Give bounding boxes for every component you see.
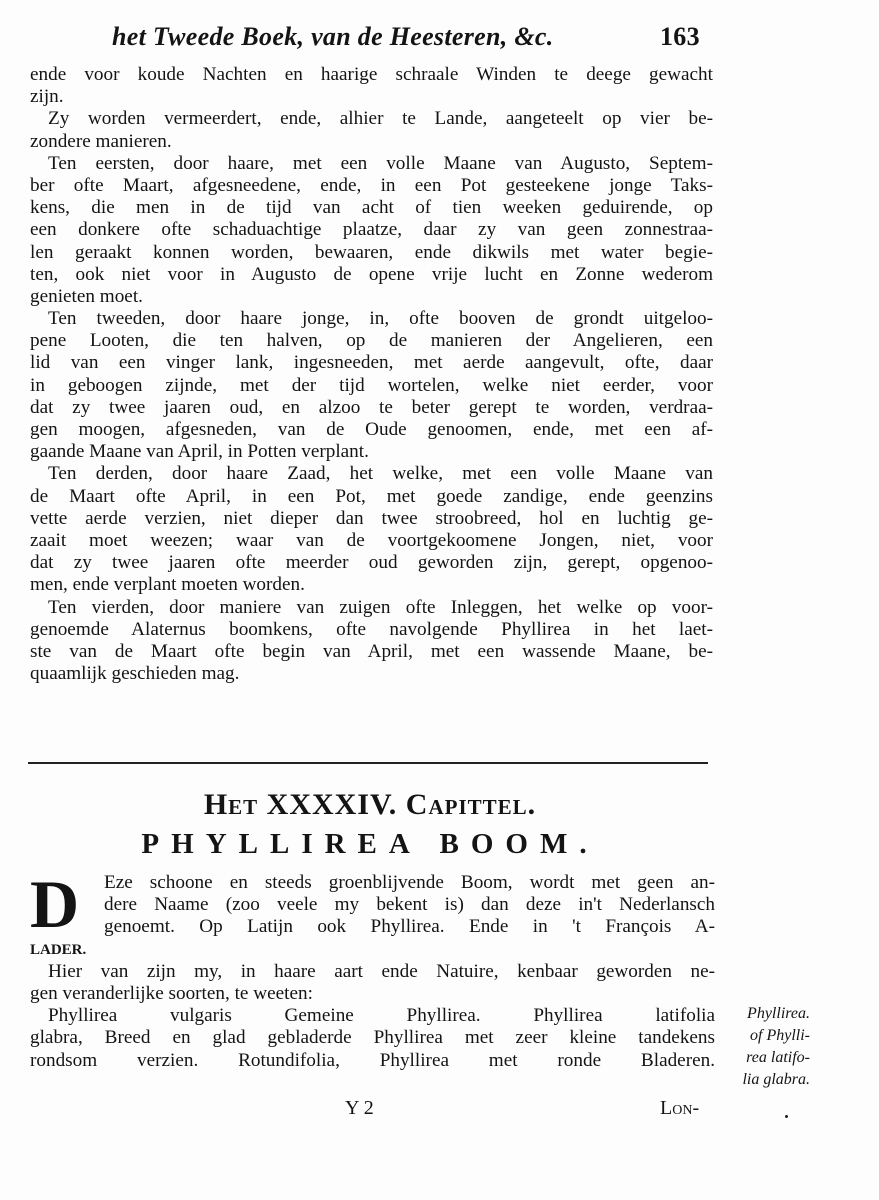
- text-line: men, ende verplant moeten worden.: [30, 574, 713, 596]
- running-title: het Tweede Boek, van de Heesteren, &c.: [112, 22, 554, 52]
- text-line: dat zy twee jaaren ofte meerder oud gewo…: [30, 552, 713, 574]
- species-line: glabra, Breed en glad gebladerde Phyllir…: [30, 1027, 715, 1049]
- text-line: ende voor koude Nachten en haarige schra…: [30, 64, 713, 86]
- text-line: pene Looten, die ten halven, op de manie…: [30, 330, 713, 352]
- paragraph-second-method: Ten tweeden, door haare jonge, in, ofte …: [30, 308, 713, 330]
- text-line: zondere manieren.: [30, 131, 713, 153]
- text-line: Eze schoone en steeds groenblijvende Boo…: [30, 872, 715, 894]
- margin-note: Phyllirea. of Phylli- rea latifo- lia gl…: [738, 1003, 810, 1091]
- paragraph-third-method: Ten derden, door haare Zaad, het welke, …: [30, 463, 713, 485]
- text-line: genoemt. Op Latijn ook Phyllirea. Ende i…: [30, 916, 715, 938]
- text-line: lid van een vinger lank, ingesneeden, me…: [30, 352, 713, 374]
- book-page: het Tweede Boek, van de Heesteren, &c. 1…: [0, 0, 879, 1200]
- chapter-heading: Het XXXXIV. Capittel.: [0, 788, 740, 822]
- text-line: len geraakt konnen worden, bewaaren, end…: [30, 242, 713, 264]
- species-line: Phyllirea vulgaris Gemeine Phyllirea. Ph…: [30, 1005, 715, 1027]
- text-line: ten, ook niet voor in Augusto de opene v…: [30, 264, 713, 286]
- margin-note-line: Phyllirea.: [738, 1003, 810, 1025]
- text-line: gen moogen, afgesneden, van de Oude geno…: [30, 419, 713, 441]
- paragraph-first-method: Ten eersten, door haare, met een volle M…: [30, 153, 713, 175]
- text-line: genieten moet.: [30, 286, 713, 308]
- text-line: gaande Maane van April, in Potten verpla…: [30, 441, 713, 463]
- text-line: gen veranderlijke soorten, te weeten:: [30, 983, 715, 1005]
- margin-note-line: of Phylli-: [738, 1025, 810, 1047]
- text-line: kens, die men in de tijd van acht of tie…: [30, 197, 713, 219]
- margin-note-line: lia glabra.: [738, 1069, 810, 1091]
- species-line: rondsom verzien. Rotundifolia, Phyllirea…: [30, 1050, 715, 1072]
- signature-mark: Y 2: [345, 1097, 374, 1120]
- text-line: ber ofte Maart, afgesneedene, ende, in e…: [30, 175, 713, 197]
- text-line: de Maart ofte April, in een Pot, met goe…: [30, 486, 713, 508]
- page-number: 163: [660, 22, 700, 52]
- text-line: quaamlijk geschieden mag.: [30, 663, 713, 685]
- ink-dot: [785, 1115, 788, 1118]
- text-line: LADER.: [30, 939, 715, 961]
- running-header: het Tweede Boek, van de Heesteren, &c. 1…: [112, 22, 712, 62]
- body-text: ende voor koude Nachten en haarige schra…: [30, 64, 713, 685]
- catchword: Lon-: [660, 1097, 699, 1120]
- text-line: zijn.: [30, 86, 713, 108]
- chapter-body: D Eze schoone en steeds groenblijvende B…: [30, 872, 715, 1072]
- text-line: zaait moet weezen; waar van de voortgeko…: [30, 530, 713, 552]
- text-line: een donkere ofte schaduachtige plaatze, …: [30, 219, 713, 241]
- text-line: Hier van zijn my, in haare aart ende Nat…: [30, 961, 715, 983]
- paragraph-fourth-method: Ten vierden, door maniere van zuigen oft…: [30, 597, 713, 619]
- text-line: vette aerde verzien, niet dieper dan twe…: [30, 508, 713, 530]
- drop-cap: D: [30, 874, 79, 934]
- margin-note-line: rea latifo-: [738, 1047, 810, 1069]
- section-divider-rule: [28, 762, 708, 764]
- text-line: Zy worden vermeerdert, ende, alhier te L…: [30, 108, 713, 130]
- chapter-title: PHYLLIREA BOOM.: [0, 828, 740, 861]
- text-line: dere Naame (zoo veele my bekent is) dan …: [30, 894, 715, 916]
- text-line: in geboogen zijnde, met der tijd wortele…: [30, 375, 713, 397]
- text-line: dat zy twee jaaren oud, en alzoo te bete…: [30, 397, 713, 419]
- text-line: genoemde Alaternus boomkens, ofte navolg…: [30, 619, 713, 641]
- text-line: ste van de Maart ofte begin van April, m…: [30, 641, 713, 663]
